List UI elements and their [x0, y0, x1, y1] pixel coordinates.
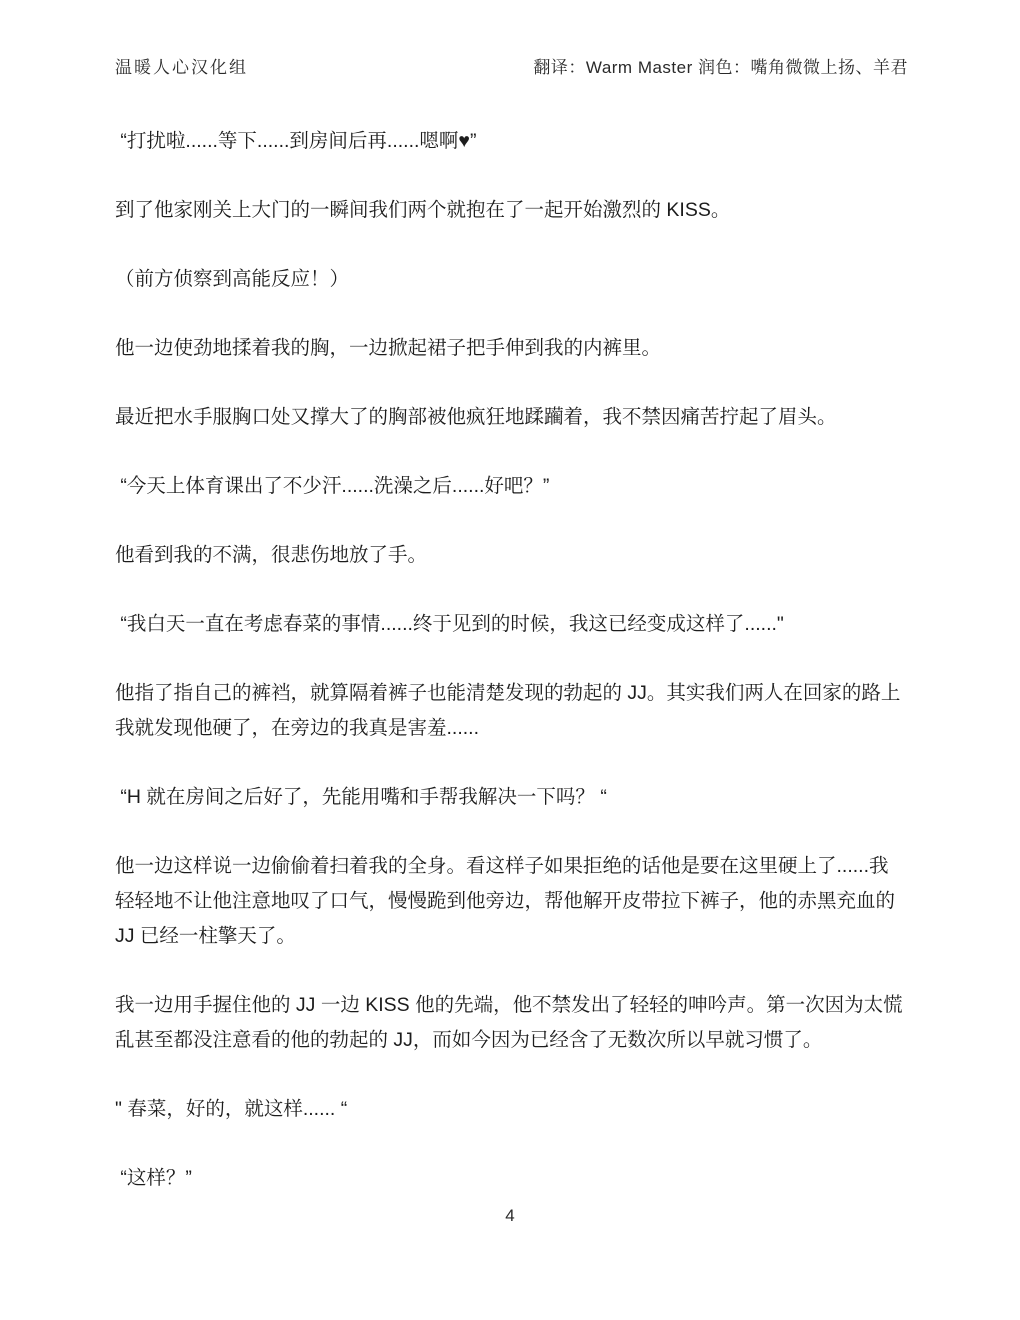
paragraph-narration: 我一边用手握住他的 JJ 一边 KISS 他的先端，他不禁发出了轻轻的呻吟声。第… — [115, 988, 907, 1058]
page-header: 温暖人心汉化组 翻译：Warm Master 润色：嘴角微微上扬、羊君 — [115, 56, 908, 80]
paragraph-dialogue: “我白天一直在考虑春菜的事情......终于见到的时候，我这已经变成这样了...… — [115, 607, 907, 642]
paragraph-narration: 最近把水手服胸口处又撑大了的胸部被他疯狂地蹂躏着，我不禁因痛苦拧起了眉头。 — [115, 400, 907, 435]
paragraph-dialogue: “今天上体育课出了不少汗......洗澡之后......好吧？” — [115, 469, 907, 504]
paragraph-dialogue: “这样？” — [115, 1161, 907, 1196]
document-body: “打扰啦......等下......到房间后再......嗯啊♥” 到了他家刚关… — [115, 124, 907, 1230]
paragraph-dialogue: “H 就在房间之后好了，先能用嘴和手帮我解决一下吗？ “ — [115, 780, 907, 815]
paragraph-aside: （前方侦察到高能反应！） — [115, 262, 907, 297]
page-number: 4 — [0, 1206, 1020, 1226]
paragraph-dialogue: “打扰啦......等下......到房间后再......嗯啊♥” — [115, 124, 907, 159]
paragraph-dialogue: " 春菜，好的，就这样...... “ — [115, 1092, 907, 1127]
paragraph-narration: 他看到我的不满，很悲伤地放了手。 — [115, 538, 907, 573]
paragraph-narration: 他指了指自己的裤裆，就算隔着裤子也能清楚发现的勃起的 JJ。其实我们两人在回家的… — [115, 676, 907, 746]
paragraph-narration: 他一边这样说一边偷偷着扫着我的全身。看这样子如果拒绝的话他是要在这里硬上了...… — [115, 849, 907, 954]
paragraph-narration: 他一边使劲地揉着我的胸，一边掀起裙子把手伸到我的内裤里。 — [115, 331, 907, 366]
translation-credits: 翻译：Warm Master 润色：嘴角微微上扬、羊君 — [533, 56, 908, 80]
translation-group-name: 温暖人心汉化组 — [115, 56, 248, 80]
paragraph-narration: 到了他家刚关上大门的一瞬间我们两个就抱在了一起开始激烈的 KISS。 — [115, 193, 907, 228]
document-page: 温暖人心汉化组 翻译：Warm Master 润色：嘴角微微上扬、羊君 “打扰啦… — [0, 0, 1020, 1320]
